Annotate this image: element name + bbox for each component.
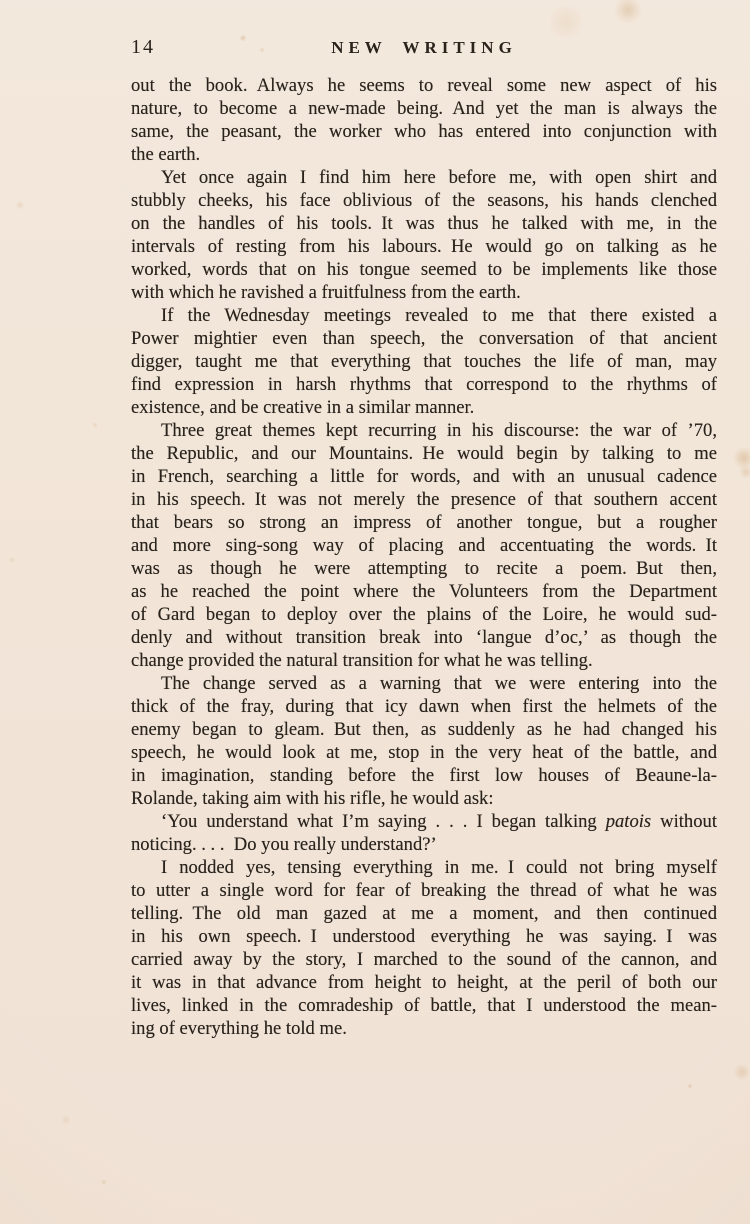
paragraph: out the book. Always he seems to reveal … <box>131 74 717 166</box>
paragraph: The change served as a warning that we w… <box>131 672 717 810</box>
text-line: Yet once again I find him here before me… <box>131 166 717 189</box>
text-line: on the handles of his tools. It was thus… <box>131 212 717 235</box>
text-line: as he reached the point where the Volunt… <box>131 580 717 603</box>
text-line: ‘You understand what I’m saying . . . I … <box>131 810 717 833</box>
paragraph: If the Wednesday meetings revealed to me… <box>131 304 717 419</box>
text-line: in his speech. It was not merely the pre… <box>131 488 717 511</box>
text-line: enemy began to gleam. But then, as sudde… <box>131 718 717 741</box>
text-line: it was in that advance from height to he… <box>131 971 717 994</box>
text-line: was as though he were attempting to reci… <box>131 557 717 580</box>
text-line: find expression in harsh rhythms that co… <box>131 373 717 396</box>
text-line: stubbly cheeks, his face oblivious of th… <box>131 189 717 212</box>
text-line: digger, taught me that everything that t… <box>131 350 717 373</box>
text-line: carried away by the story, I marched to … <box>131 948 717 971</box>
text-line: in his own speech. I understood everythi… <box>131 925 717 948</box>
text-line: with which he ravished a fruitfulness fr… <box>131 281 717 304</box>
paragraph: Three great themes kept recurring in his… <box>131 419 717 672</box>
text-line: telling. The old man gazed at me a momen… <box>131 902 717 925</box>
paragraph: I nodded yes, tensing everything in me. … <box>131 856 717 1040</box>
text-line: in imagination, standing before the firs… <box>131 764 717 787</box>
text-line: I nodded yes, tensing everything in me. … <box>131 856 717 879</box>
text-line: nature, to become a new-made being. And … <box>131 97 717 120</box>
text-line: denly and without transition break into … <box>131 626 717 649</box>
text-line: in French, searching a little for words,… <box>131 465 717 488</box>
text-line: and more sing-song way of placing and ac… <box>131 534 717 557</box>
text-line: same, the peasant, the worker who has en… <box>131 120 717 143</box>
text-line: intervals of resting from his labours. H… <box>131 235 717 258</box>
text-line: change provided the natural transition f… <box>131 649 717 672</box>
text-line: out the book. Always he seems to reveal … <box>131 74 717 97</box>
paragraph: ‘You understand what I’m saying . . . I … <box>131 810 717 856</box>
text-line: Rolande, taking aim with his rifle, he w… <box>131 787 717 810</box>
text-line: lives, linked in the comradeship of batt… <box>131 994 717 1017</box>
page-text: out the book. Always he seems to reveal … <box>131 74 717 1040</box>
page-title: NEW WRITING <box>131 38 717 58</box>
text-line: that bears so strong an impress of anoth… <box>131 511 717 534</box>
text-line: Three great themes kept recurring in his… <box>131 419 717 442</box>
text-line: ing of everything he told me. <box>131 1017 717 1040</box>
paragraph: Yet once again I find him here before me… <box>131 166 717 304</box>
text-line: If the Wednesday meetings revealed to me… <box>131 304 717 327</box>
text-line: speech, he would look at me, stop in the… <box>131 741 717 764</box>
text-line: The change served as a warning that we w… <box>131 672 717 695</box>
text-line: noticing. . . . Do you really understand… <box>131 833 717 856</box>
text-line: existence, and be creative in a similar … <box>131 396 717 419</box>
text-line: worked, words that on his tongue seemed … <box>131 258 717 281</box>
text-line: to utter a single word for fear of break… <box>131 879 717 902</box>
text-line: thick of the fray, during that icy dawn … <box>131 695 717 718</box>
text-line: of Gard began to deploy over the plains … <box>131 603 717 626</box>
text-line: the earth. <box>131 143 717 166</box>
text-line: Power mightier even than speech, the con… <box>131 327 717 350</box>
running-head: 14 NEW WRITING <box>131 36 717 62</box>
book-page: 14 NEW WRITING out the book. Always he s… <box>0 0 750 1224</box>
text-line: the Republic, and our Mountains. He woul… <box>131 442 717 465</box>
